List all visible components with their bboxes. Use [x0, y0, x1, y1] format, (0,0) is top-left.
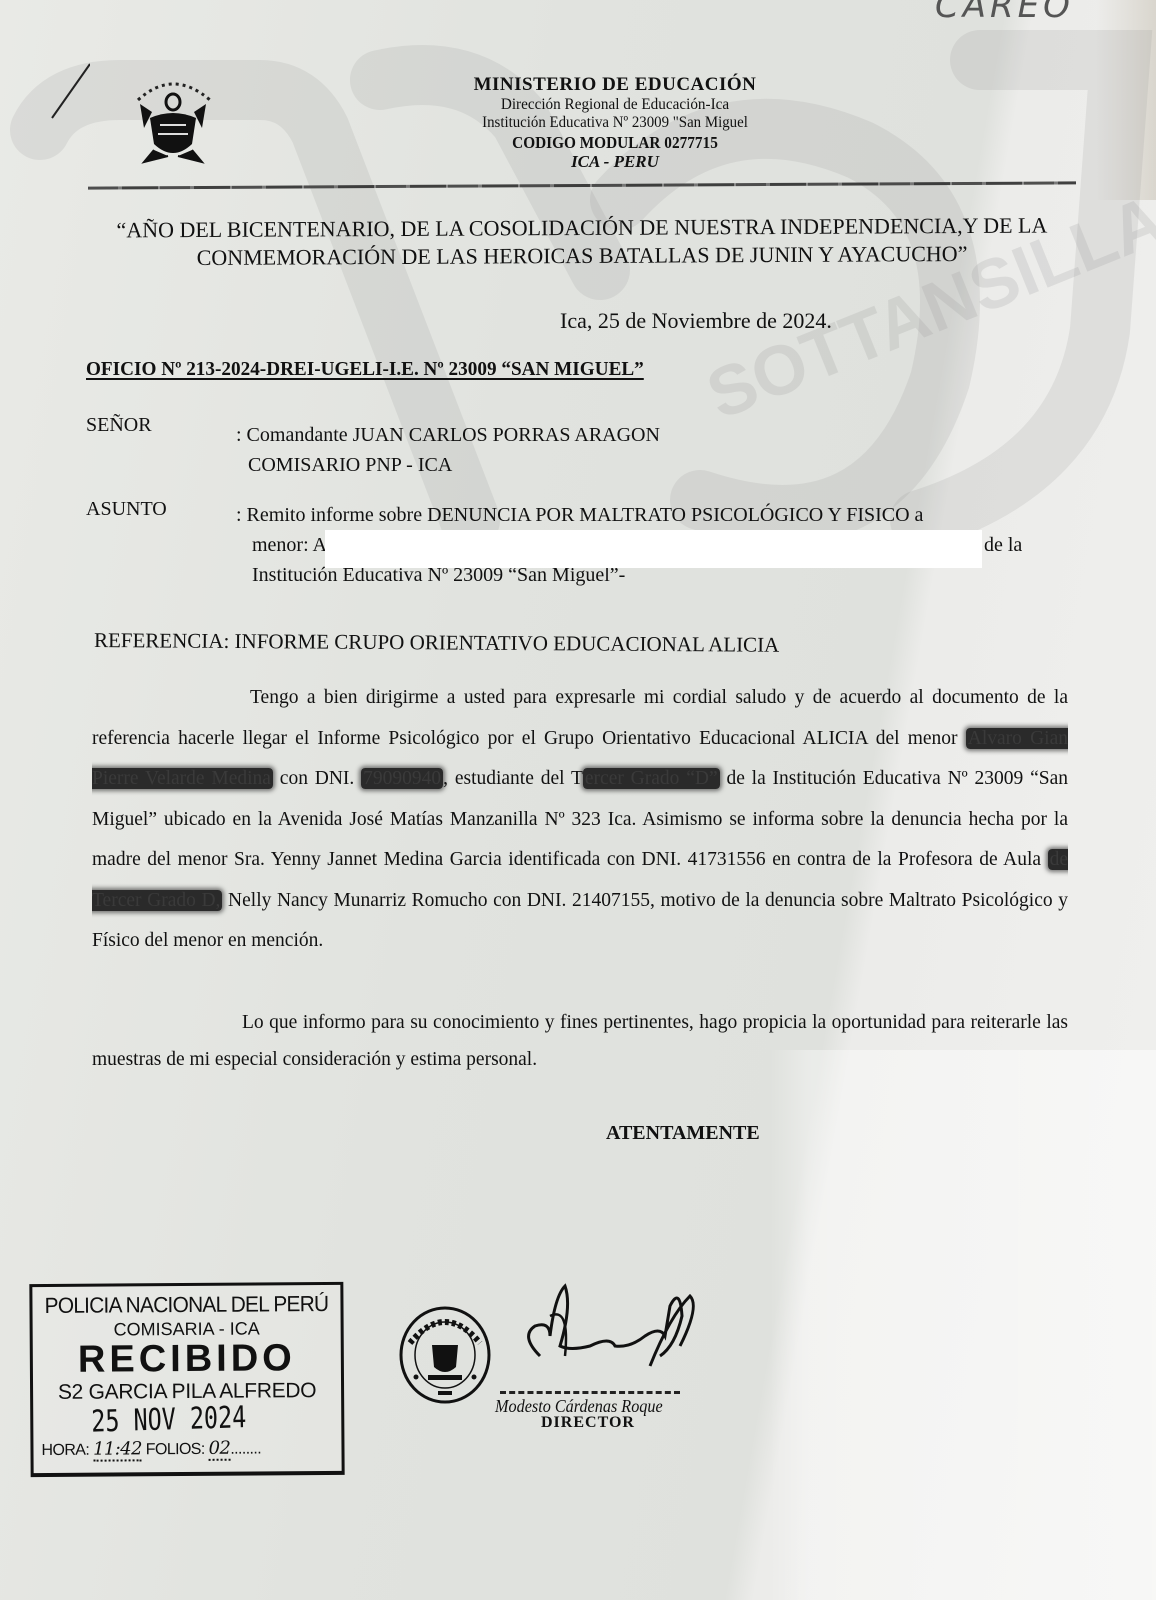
document-date: Ica, 25 de Noviembre de 2024.: [560, 308, 832, 334]
folios-label: FOLIOS:: [146, 1441, 205, 1458]
subject-line-1: : Remito informe sobre DENUNCIA POR MALT…: [236, 500, 1066, 530]
senor-label: SEÑOR: [86, 414, 152, 437]
reference: REFERENCIA: INFORME CRUPO ORIENTATIVO ED…: [94, 628, 779, 658]
redaction-box: [325, 530, 982, 568]
director-signature: [510, 1276, 700, 1396]
signature-line: [500, 1391, 680, 1394]
letterhead: MINISTERIO DE EDUCACIÓN Dirección Region…: [430, 74, 800, 172]
stamp-date: 25 NOV 2024: [91, 1400, 247, 1440]
location: ICA - PERU: [430, 152, 800, 172]
stamp-received: RECIBIDO: [33, 1339, 341, 1381]
handwritten-note: CAREO: [935, 0, 1074, 26]
stamp-agency: POLICIA NACIONAL DEL PERÚ: [40, 1291, 333, 1319]
body-text: , estudiante del T: [443, 768, 583, 789]
body-paragraph-1: Tengo a bien dirigirme a usted para expr…: [92, 678, 1068, 962]
institution-seal-icon: [398, 1305, 492, 1405]
asunto-label: ASUNTO: [86, 498, 167, 521]
oficio-number: OFICIO Nº 213-2024-DREI-UGELI-I.E. Nº 23…: [86, 358, 644, 381]
page-shadow: [1096, 0, 1156, 200]
recipient-title: COMISARIO PNP - ICA: [248, 450, 660, 480]
body-paragraph-2: Lo que informo para su conocimiento y fi…: [92, 1004, 1068, 1078]
redacted-dni: 79090940: [361, 768, 443, 789]
closing: ATENTAMENTE: [606, 1122, 760, 1145]
modular-code: CODIGO MODULAR 0277715: [449, 133, 782, 153]
peru-coat-of-arms-icon: [128, 70, 218, 165]
document-page: SOTTANSILLA CAREO MINISTERIO DE EDUCACIÓ…: [0, 0, 1156, 1600]
director-title: DIRECTOR: [541, 1414, 635, 1432]
pencil-mark-icon: [50, 60, 90, 120]
page-lighting: [770, 1050, 1156, 1600]
body-text: con DNI.: [273, 768, 361, 789]
subject-line-2-end: de la: [984, 530, 1022, 560]
subject-minor-label: menor: A: [252, 534, 327, 556]
header-divider: [88, 181, 1076, 189]
hora-value: 11:42: [93, 1438, 142, 1461]
body-text: Nelly Nancy Munarriz Romucho con DNI. 21…: [92, 890, 1068, 952]
institution-name: Institución Educativa Nº 23009 "San Migu…: [443, 114, 787, 132]
ministry-name: MINISTERIO DE EDUCACIÓN: [430, 74, 800, 96]
directorate-name: Dirección Regional de Educación-Ica: [439, 96, 791, 114]
year-motto: “AÑO DEL BICENTENARIO, DE LA COSOLIDACIÓ…: [92, 211, 1072, 271]
body-text: Tengo a bien dirigirme a usted para expr…: [92, 687, 1068, 749]
police-received-stamp: POLICIA NACIONAL DEL PERÚ COMISARIA - IC…: [29, 1282, 344, 1477]
folios-value: 02: [208, 1438, 230, 1461]
hora-label: HORA:: [41, 1442, 89, 1459]
stamp-time-folios: HORA: 11:42 FOLIOS: 02........: [41, 1437, 261, 1460]
recipient-name: : Comandante JUAN CARLOS PORRAS ARAGON: [236, 420, 660, 450]
redacted-grade: ercer Grado “D”: [583, 768, 720, 789]
recipient: : Comandante JUAN CARLOS PORRAS ARAGON C…: [236, 420, 660, 480]
